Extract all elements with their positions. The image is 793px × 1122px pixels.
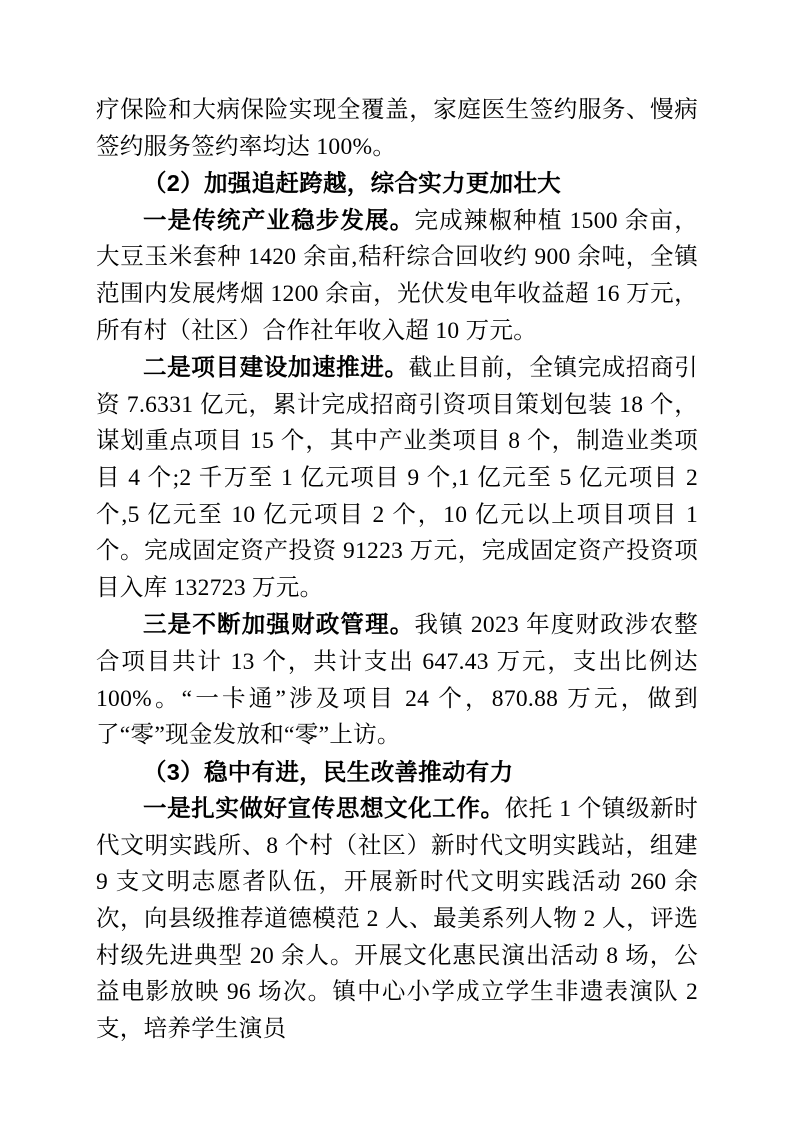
- paragraph-lead: 二是项目建设加速推进。: [143, 354, 409, 380]
- section-heading: （3）稳中有进，民生改善推动有力: [96, 754, 698, 791]
- paragraph: 疗保险和大病保险实现全覆盖，家庭医生签约服务、慢病签约服务签约率均达 100%。: [96, 92, 698, 165]
- paragraph: 三是不断加强财政管理。我镇 2023 年度财政涉农整合项目共计 13 个，共计支…: [96, 606, 698, 753]
- document-page: 疗保险和大病保险实现全覆盖，家庭医生签约服务、慢病签约服务签约率均达 100%。…: [0, 0, 793, 1122]
- section-heading: （2）加强追赶跨越，综合实力更加壮大: [96, 165, 698, 202]
- paragraph: 一是传统产业稳步发展。完成辣椒种植 1500 余亩，大豆玉米套种 1420 余亩…: [96, 202, 698, 349]
- paragraph-lead: 一是传统产业稳步发展。: [143, 207, 414, 233]
- paragraph: 二是项目建设加速推进。截止目前，全镇完成招商引资 7.6331 亿元，累计完成招…: [96, 349, 698, 606]
- paragraph: 一是扎实做好宣传思想文化工作。依托 1 个镇级新时代文明实践所、8 个村（社区）…: [96, 790, 698, 1047]
- paragraph-lead: 一是扎实做好宣传思想文化工作。: [143, 795, 505, 821]
- document-body: 疗保险和大病保险实现全覆盖，家庭医生签约服务、慢病签约服务签约率均达 100%。…: [96, 92, 698, 1047]
- paragraph-lead: 三是不断加强财政管理。: [143, 611, 414, 637]
